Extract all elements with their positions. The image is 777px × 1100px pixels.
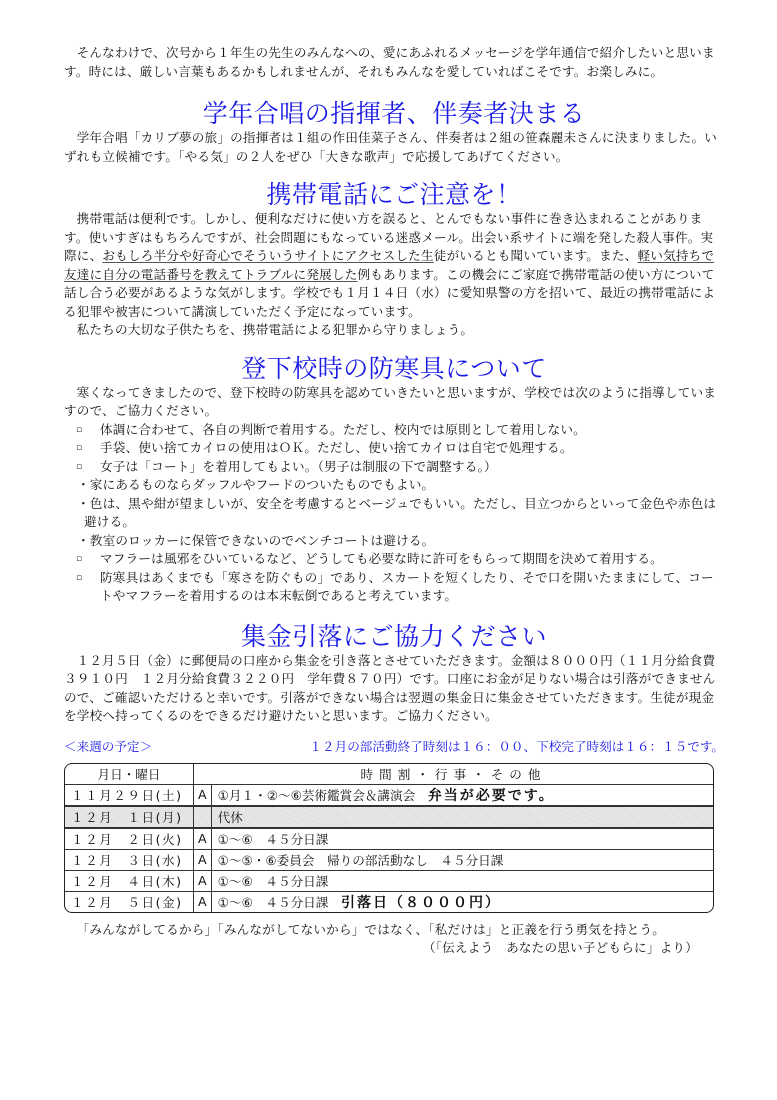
list-item: ・家にあるものならダッフルやフードのついたものでもよい。 <box>64 476 724 495</box>
schedule-label: ＜来週の予定＞ <box>64 738 152 756</box>
list-item: ▫手袋、使い捨てカイロの使用はＯＫ。ただし、使い捨てカイロは自宅で処理する。 <box>64 439 724 458</box>
list-item: ▫女子は「コート」を着用してもよい。（男子は制服の下で調整する。） <box>64 458 724 477</box>
phone-underline-1: おもしろ半分や好奇心でそういうサイトにアクセスした生 <box>102 248 433 263</box>
square-bullet-icon: ▫ <box>76 569 82 588</box>
payment-heading: 集金引落にご協力ください <box>64 622 724 652</box>
list-item: ・色は、黒や紺が望ましいが、安全を考慮するとベージュでもいい。ただし、目立つから… <box>64 495 724 532</box>
header-date: 月日・曜日 <box>65 764 194 785</box>
table-row: １２月 ５日(金) A ①～⑥ ４５分日課 引落日（８０００円） <box>65 892 713 912</box>
intro-paragraph: そんなわけで、次号から１年生の先生のみんなへの、愛にあふれるメッセージを学年通信… <box>64 44 724 81</box>
emphasis-text: 引落日（８０００円） <box>341 895 501 911</box>
closing-source: （「伝えよう あなたの思い子どもらに」より） <box>64 939 724 958</box>
cold-heading: 登下校時の防寒具について <box>64 354 724 384</box>
chorus-heading: 学年合唱の指揮者、伴奏者決まる <box>64 99 724 129</box>
cold-bullet-list: ▫体調に合わせて、各自の判断で着用する。ただし、校内では原則として着用しない。 … <box>64 421 724 477</box>
cold-paragraph: 寒くなってきましたので、登下校時の防寒具を認めていきたいと思いますが、学校では次… <box>64 384 724 421</box>
square-bullet-icon: ▫ <box>76 550 82 569</box>
coat-sub-list: ・家にあるものならダッフルやフードのついたものでもよい。 ・色は、黒や紺が望まし… <box>64 476 724 550</box>
square-bullet-icon: ▫ <box>76 421 82 440</box>
list-item: ▫マフラーは風邪をひいているなど、どうしても必要な時に許可をもらって期間を決めて… <box>64 550 724 569</box>
list-item: ・教室のロッカーに保管できないのでベンチコートは避ける。 <box>64 532 724 551</box>
schedule-notice: １２月の部活動終了時刻は１６：００、下校完了時刻は１６：１５です。 <box>309 738 724 756</box>
list-item: ▫体調に合わせて、各自の判断で着用する。ただし、校内では原則として着用しない。 <box>64 421 724 440</box>
schedule-header: ＜来週の予定＞ １２月の部活動終了時刻は１６：００、下校完了時刻は１６：１５です… <box>64 738 724 756</box>
table-row-shaded: １２月 １日(月) 代休 <box>65 807 713 829</box>
square-bullet-icon: ▫ <box>76 458 82 477</box>
header-content: 時間割・行事・その他 <box>194 764 713 785</box>
phone-paragraph: 携帯電話は便利です。しかし、便利なだけに使い方を誤ると、とんでもない事件に巻き込… <box>64 210 724 321</box>
list-item: ▫防寒具はあくまでも「寒さを防ぐもの」であり、スカートを短くしたり、そで口を開い… <box>64 569 724 606</box>
chorus-paragraph: 学年合唱「カリブ夢の旅」の指揮者は１組の作田佳菜子さん、伴奏者は２組の笹森麗未さ… <box>64 129 724 166</box>
square-bullet-icon: ▫ <box>76 439 82 458</box>
phone-closing: 私たちの大切な子供たちを、携帯電話による犯罪から守りましょう。 <box>64 321 724 340</box>
phone-heading: 携帯電話にご注意を！ <box>64 180 724 210</box>
closing-quote: 「みんながしてるから」「みんながしてないから」ではなく、「私だけは」と正義を行う… <box>64 921 724 940</box>
payment-paragraph: １２月５日（金）に郵便局の口座から集金を引き落とさせていただきます。金額は８００… <box>64 652 724 726</box>
table-row: １２月 ４日(木) A ①～⑥ ４５分日課 <box>65 871 713 892</box>
table-row: １２月 ２日(火) A ①～⑥ ４５分日課 <box>65 829 713 850</box>
schedule-table: 月日・曜日 時間割・行事・その他 １１月２９日(土) A ①月１・②～⑥芸術鑑賞… <box>64 763 714 913</box>
newsletter-page: そんなわけで、次号から１年生の先生のみんなへの、愛にあふれるメッセージを学年通信… <box>64 44 724 958</box>
table-row: １１月２９日(土) A ①月１・②～⑥芸術鑑賞会＆講演会 弁当が必要です。 <box>65 785 713 807</box>
emphasis-text: 弁当が必要です。 <box>428 788 555 804</box>
table-header-row: 月日・曜日 時間割・行事・その他 <box>65 764 713 785</box>
cold-bullet-list-2: ▫マフラーは風邪をひいているなど、どうしても必要な時に許可をもらって期間を決めて… <box>64 550 724 606</box>
table-row: １２月 ３日(水) A ①～⑤・⑥委員会 帰りの部活動なし ４５分日課 <box>65 850 713 871</box>
